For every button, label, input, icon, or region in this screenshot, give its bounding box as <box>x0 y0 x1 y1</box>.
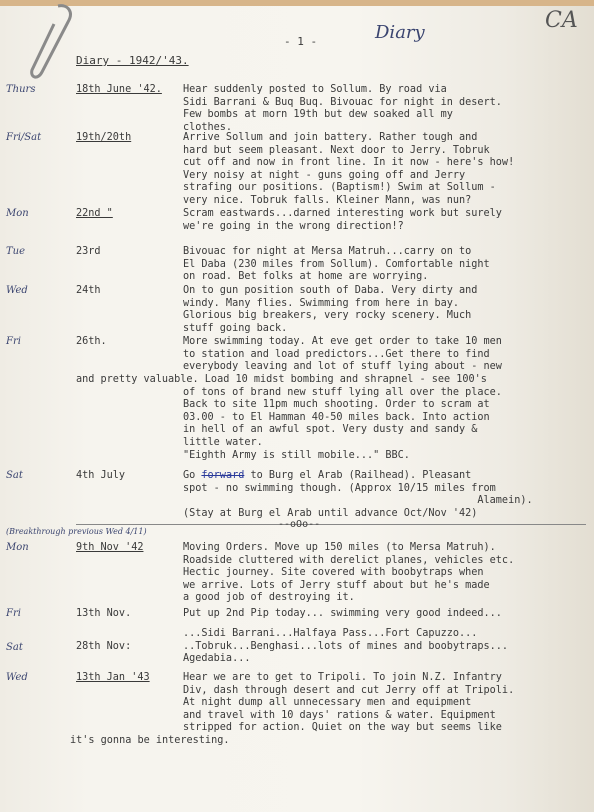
struck-word: forward <box>201 470 244 481</box>
weekday-note: Fri <box>6 608 21 621</box>
entry-text: On to gun position south of Daba. Very d… <box>183 285 583 335</box>
entry-text: Go forward to Burg el Arab (Railhead). P… <box>183 470 583 520</box>
entry-date: 13th Jan '43 <box>76 672 150 685</box>
entry-text: Moving Orders. Move up 150 miles (to Mer… <box>183 542 583 605</box>
entry-text: Scram eastwards...darned interesting wor… <box>183 208 583 233</box>
weekday-note: Mon <box>6 208 29 221</box>
entry-date: 13th Nov. <box>76 608 131 621</box>
paperclip-icon <box>28 2 74 80</box>
weekday-note: Fri <box>6 336 21 349</box>
weekday-note: Wed <box>6 285 28 298</box>
entry-text: Put up 2nd Pip today... swimming very go… <box>183 608 583 621</box>
entry-date: 23rd <box>76 246 101 259</box>
entry-date: 4th July <box>76 470 125 483</box>
handwritten-title: Diary <box>375 22 425 43</box>
entry-text-continuation: it's gonna be interesting. <box>70 735 470 748</box>
entry-date: 18th June '42. <box>76 84 162 97</box>
entry-text: of tons of brand new stuff lying all ove… <box>183 387 583 450</box>
page-number: - 1 - <box>284 35 317 48</box>
weekday-note: Fri/Sat <box>6 132 41 145</box>
entry-text: Arrive Sollum and join battery. Rather t… <box>183 132 583 208</box>
photo-top-edge <box>0 0 594 6</box>
weekday-note: Thurs <box>6 84 35 97</box>
handwritten-margin-note: (Breakthrough previous Wed 4/11) <box>6 527 147 536</box>
weekday-note: Mon <box>6 542 29 555</box>
entry-date: 22nd " <box>76 208 113 221</box>
entry-text: Bivouac for night at Mersa Matruh...carr… <box>183 246 583 284</box>
entry-text: More swimming today. At eve get order to… <box>183 336 583 374</box>
handwritten-initials: CA <box>545 8 578 33</box>
entry-text: Hear we are to get to Tripoli. To join N… <box>183 672 583 735</box>
entry-text: ...Sidi Barrani...Halfaya Pass...Fort Ca… <box>183 628 583 666</box>
text-part: Go <box>183 470 201 481</box>
entry-date: 24th <box>76 285 101 298</box>
entry-text: Hear suddenly posted to Sollum. By road … <box>183 84 583 134</box>
document-title: Diary - 1942/'43. <box>76 54 189 67</box>
weekday-note: Tue <box>6 246 25 259</box>
weekday-note: Wed <box>6 672 28 685</box>
entry-text-continuation: and pretty valuable. Load 10 midst bombi… <box>76 374 476 387</box>
weekday-note: Sat <box>6 470 23 483</box>
entry-date: 28th Nov: <box>76 641 131 654</box>
divider-line <box>76 524 586 525</box>
entry-date: 26th. <box>76 336 107 349</box>
entry-date: 9th Nov '42 <box>76 542 143 555</box>
weekday-note: Sat <box>6 642 23 655</box>
entry-date: 19th/20th <box>76 132 131 145</box>
quote-text: "Eighth Army is still mobile..." BBC. <box>183 450 583 463</box>
section-separator: --oOo-- <box>278 519 320 530</box>
